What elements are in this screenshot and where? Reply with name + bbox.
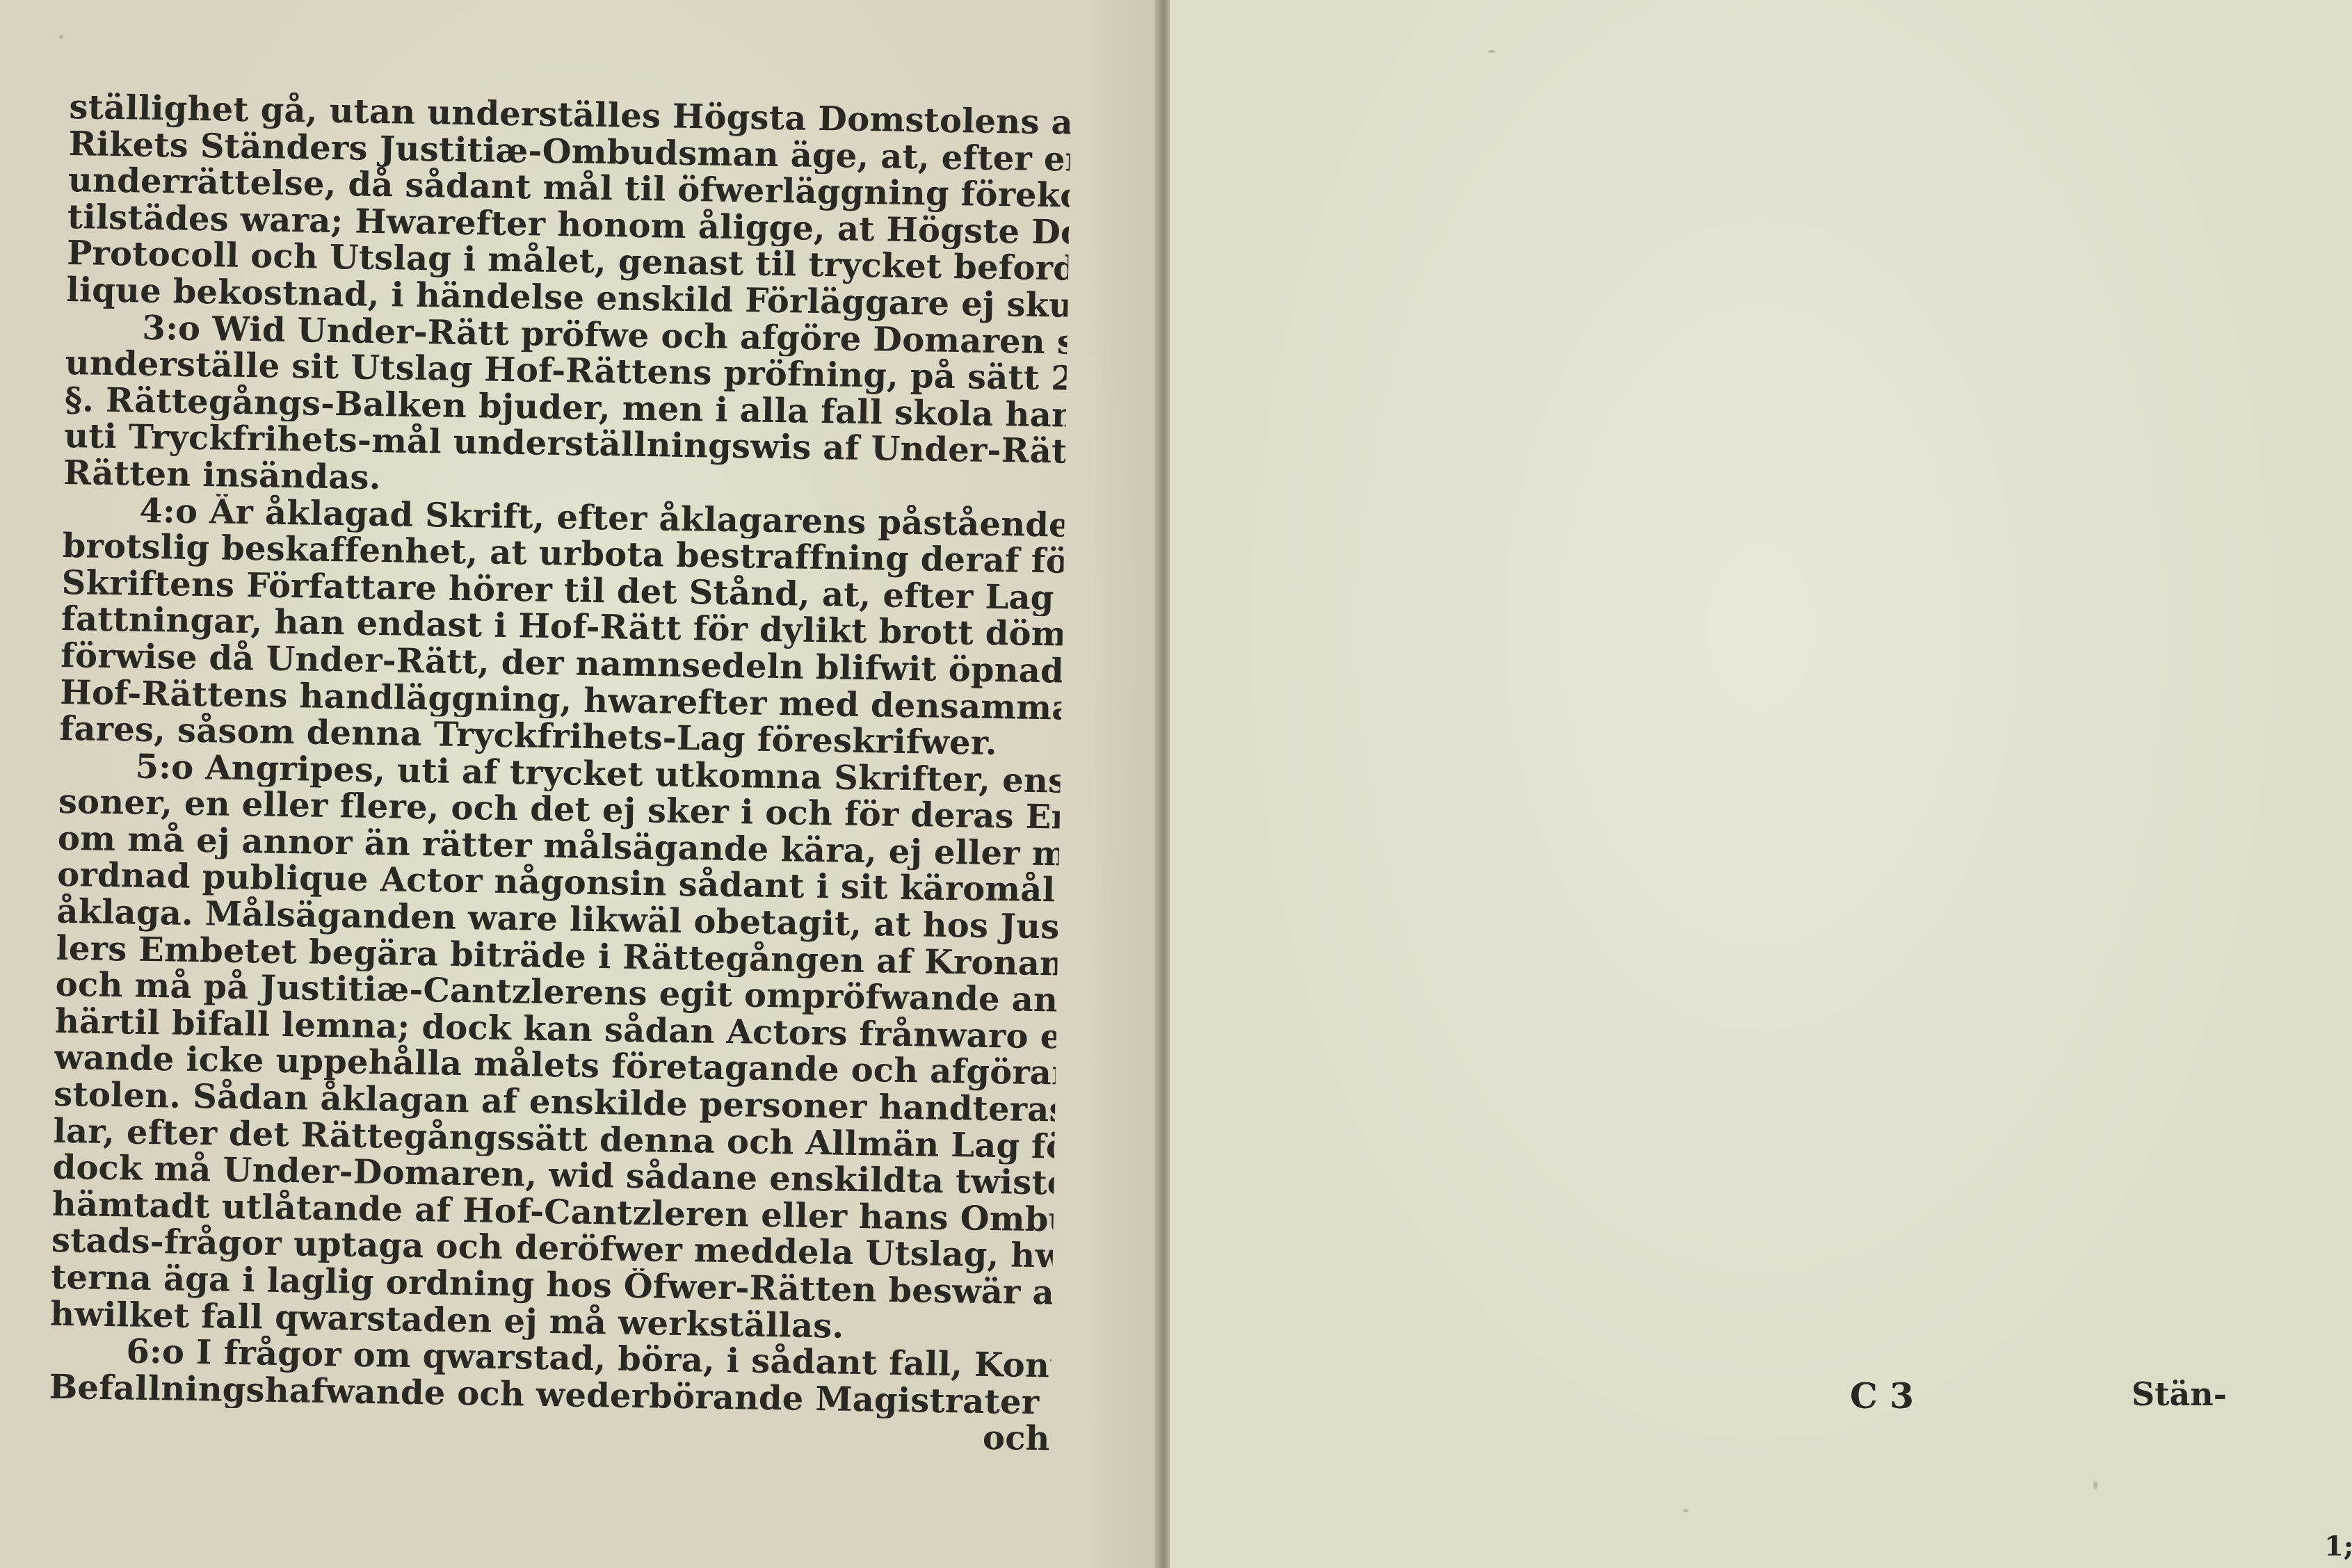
paper-speck (1488, 50, 1495, 53)
edge-page-number: 1; (2324, 1530, 2352, 1562)
left-page: ställighet gå, utan underställes Högsta … (0, 0, 1160, 1568)
right-page: och wid answar biträda; dock må ej hos B… (1170, 0, 2352, 1568)
catchword: Stän- (2132, 1375, 2227, 1413)
signature-mark: C 3 (1850, 1375, 1914, 1416)
paper-speck (59, 35, 63, 39)
paper-speck (1683, 1509, 1689, 1512)
left-page-text: ställighet gå, utan underställes Högsta … (48, 89, 1070, 1457)
gutter-fade (1085, 0, 1154, 1568)
paper-speck (2093, 1481, 2097, 1489)
book-spread: ställighet gå, utan underställes Högsta … (0, 0, 2352, 1568)
